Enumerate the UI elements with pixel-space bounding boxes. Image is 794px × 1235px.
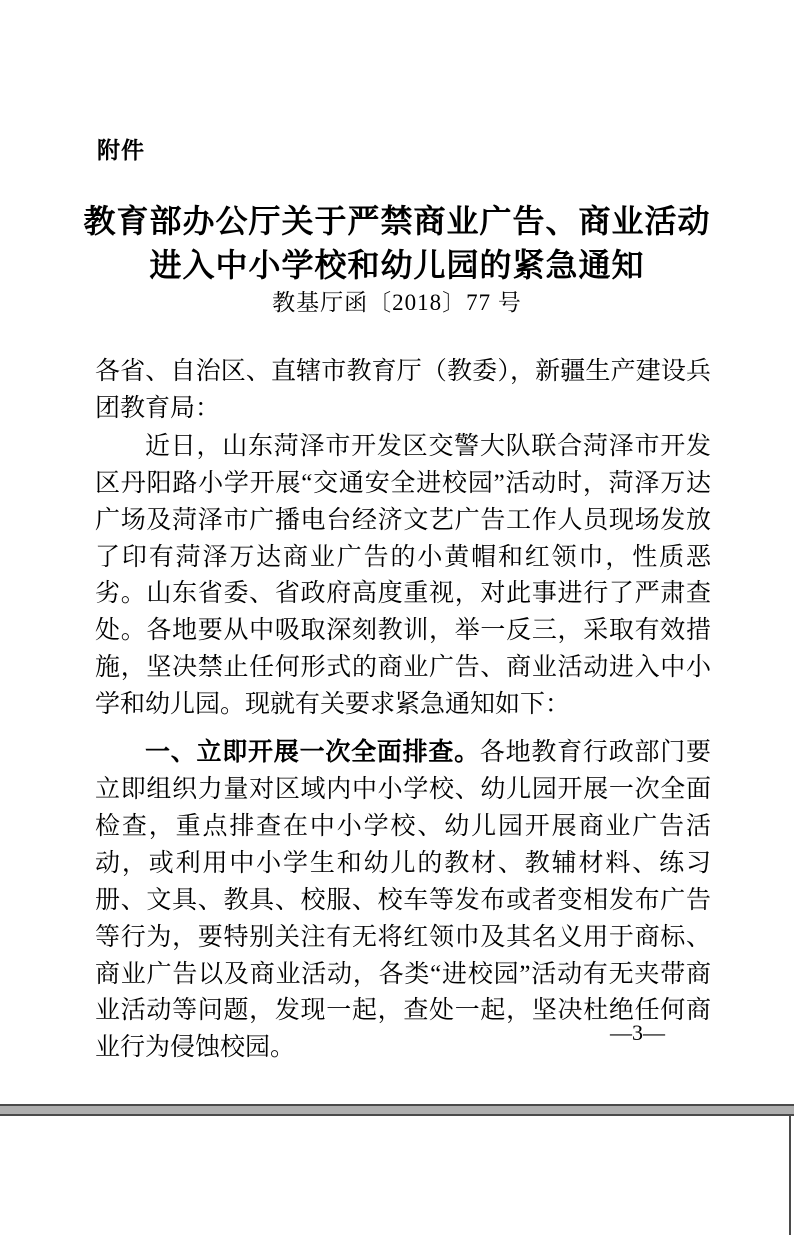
page-number: —3— <box>610 1020 665 1046</box>
document-title-line-1: 教育部办公厅关于严禁商业广告、商业活动 <box>0 199 794 243</box>
document-page: 附件 教育部办公厅关于严禁商业广告、商业活动 进入中小学校和幼儿园的紧急通知 教… <box>0 0 794 1104</box>
salutation: 各省、自治区、直辖市教育厅（教委），新疆生产建设兵团教育局： <box>95 354 711 428</box>
paragraph-lead: 一、立即开展一次全面排查。 <box>145 738 480 766</box>
document-title-line-2: 进入中小学校和幼儿园的紧急通知 <box>0 243 794 287</box>
page-separator <box>0 1104 794 1116</box>
paragraph-text: 各地教育行政部门要立即组织力量对区域内中小学校、幼儿园开展一次全面检查，重点排查… <box>95 739 711 1061</box>
document-number: 教基厅函〔2018〕77 号 <box>0 284 794 317</box>
attachment-label: 附件 <box>97 132 145 165</box>
paragraph-text: 近日，山东菏泽市开发区交警大队联合菏泽市开发区丹阳路小学开展“交通安全进校园”活… <box>95 433 711 718</box>
paragraph: 一、立即开展一次全面排查。各地教育行政部门要立即组织力量对区域内中小学校、幼儿园… <box>95 734 711 1067</box>
next-page-top <box>0 1116 791 1235</box>
document-title: 教育部办公厅关于严禁商业广告、商业活动 进入中小学校和幼儿园的紧急通知 <box>0 199 794 287</box>
paragraph: 近日，山东菏泽市开发区交警大队联合菏泽市开发区丹阳路小学开展“交通安全进校园”活… <box>95 428 711 724</box>
document-body: 各省、自治区、直辖市教育厅（教委），新疆生产建设兵团教育局： 近日，山东菏泽市开… <box>95 354 711 1067</box>
